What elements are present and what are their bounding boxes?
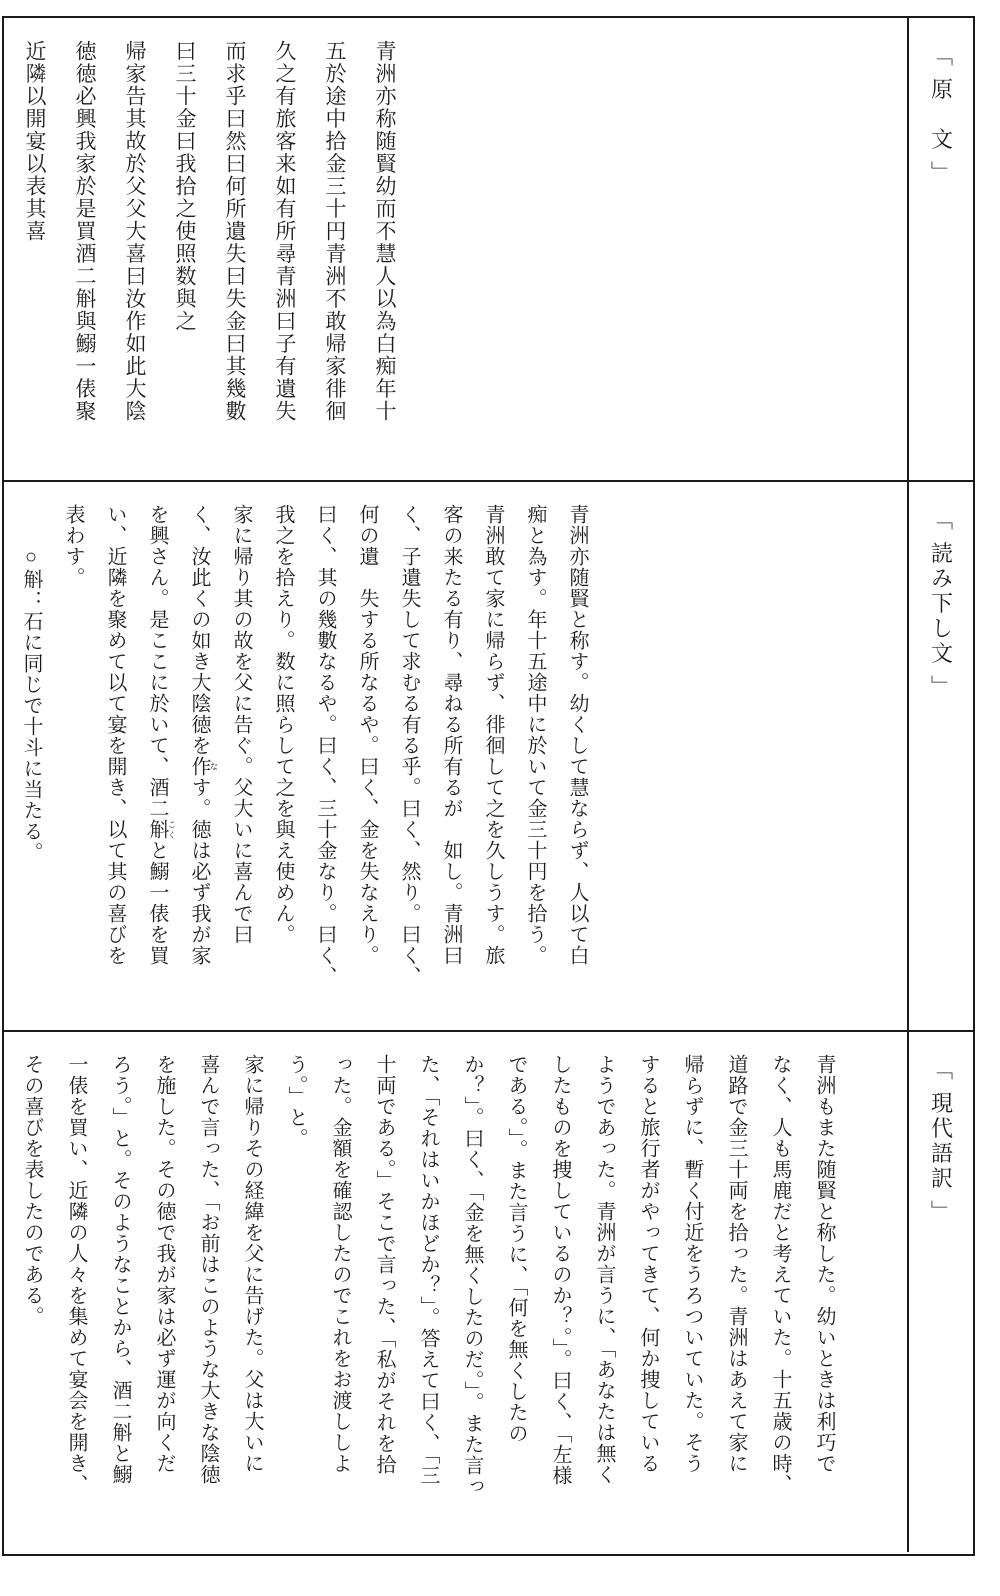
text-column: 帰らずに、暫く付近をうろついていた。そう (670, 1054, 714, 1542)
gendaigoyaku-header: 「 現代語訳 」 (926, 1032, 957, 1225)
text-column: 喜んで言った、「お前はこのような大きな陰徳 (186, 1054, 230, 1542)
gendaigoyaku-header-cell: 「 現代語訳 」 (907, 1032, 973, 1552)
ruby-annotated-kanji: 作な (188, 756, 210, 777)
text-column: 曰三十金曰我拾之使照数與之 (160, 40, 210, 470)
text-column: 青洲もまた随賢と称した。幼いときは利巧で (802, 1054, 846, 1542)
text-column: か？」。曰く、「金を無くしたのだ。」。また言っ (450, 1054, 494, 1542)
section-genbun: 青洲亦称随賢幼而不慧人以為白痴年十五於途中拾金三十円青洲不敢帰家徘徊久之有旅客来… (4, 18, 973, 480)
document-sheet: 青洲亦称随賢幼而不慧人以為白痴年十五於途中拾金三十円青洲不敢帰家徘徊久之有旅客来… (2, 16, 975, 1556)
yomikudashi-header-cell: 「 読み下し文 」 (907, 482, 973, 1030)
text-column: 近隣以開宴以表其喜 (10, 40, 60, 470)
text-column: 青洲敢て家に帰らず、徘徊して之を久しうす。旅 (472, 504, 514, 1020)
text-column: 十両である。」そこで言った、「私がそれを拾 (362, 1054, 406, 1542)
text-column: 青洲亦称随賢幼而不慧人以為白痴年十 (360, 40, 410, 470)
text-column: ろう。」と。そのようなことから、酒二斛と鰯 (98, 1054, 142, 1542)
text-column: 徳徳必興我家於是買酒二斛與鰯一俵聚 (60, 40, 110, 470)
text-column: 痴と為す。年十五途中に於いて金三十円を拾う。 (514, 504, 556, 1020)
text-column: 道路で金三十両を拾った。青洲はあえて家に (714, 1054, 758, 1542)
text-column: 家に帰り其の故を父に告ぐ。父大いに喜んで曰 (220, 504, 262, 1020)
text-column: 帰家告其故於父父大喜曰汝作如此大陰 (110, 40, 160, 470)
text-column: ようであった。青洲が言うに、「あなたは無く (582, 1054, 626, 1542)
text-column: 家に帰りその経緯を父に告げた。父は大いに (230, 1054, 274, 1542)
text-column: 五於途中拾金三十円青洲不敢帰家徘徊 (310, 40, 360, 470)
text-column: 一俵を買い、近隣の人々を集めて宴会を開き、 (54, 1054, 98, 1542)
section-gendaigoyaku: 青洲もまた随賢と称した。幼いときは利巧でなく、人も馬鹿だと考えていた。十五歳の時… (4, 1030, 973, 1552)
text-column: 久之有旅客来如有所尋青洲曰子有遺失 (260, 40, 310, 470)
text-column: う。」と。 (274, 1054, 318, 1542)
text-column: く、汝此くの如き大陰徳を作なす。徳は必ず我が家 (178, 504, 220, 1020)
yomikudashi-header: 「 読み下し文 」 (926, 482, 957, 700)
ruby-annotated-kanji: 斛こく (146, 819, 168, 840)
text-column: った。金額を確認したのでこれをお渡ししよ (318, 1054, 362, 1542)
gendaigoyaku-text-area: 青洲もまた随賢と称した。幼いときは利巧でなく、人も馬鹿だと考えていた。十五歳の時… (4, 1032, 907, 1552)
text-column: を施した。その徳で我が家は必ず運が向くだ (142, 1054, 186, 1542)
text-column: く、子遺失して求むる有る乎。曰く、然り。曰く、 (388, 504, 430, 1020)
text-column: すると旅行者がやってきて、何か捜している (626, 1054, 670, 1542)
genbun-header: 「 原 文 」 (926, 18, 957, 186)
text-column: 曰く、其の幾數なるや。曰く、三十金なり。曰く、 (304, 504, 346, 1020)
text-column: 青洲亦随賢と称す。幼くして慧ならず、人以て白 (556, 504, 598, 1020)
text-column: したものを捜しているのか？。」。曰く、「左様 (538, 1054, 582, 1542)
text-column: ○斛：石に同じで十斗に当たる。 (10, 504, 52, 1020)
genbun-text-area: 青洲亦称随賢幼而不慧人以為白痴年十五於途中拾金三十円青洲不敢帰家徘徊久之有旅客来… (4, 18, 907, 480)
yomikudashi-text-area: 青洲亦随賢と称す。幼くして慧ならず、人以て白痴と為す。年十五途中に於いて金三十円… (4, 482, 907, 1030)
text-column: その喜びを表したのである。 (10, 1054, 54, 1542)
text-column: である。」。また言うに、「何を無くしたの (494, 1054, 538, 1542)
text-column: 而求乎曰然曰何所遺失曰失金曰其幾數 (210, 40, 260, 470)
yomikudashi-text: 青洲亦随賢と称す。幼くして慧ならず、人以て白痴と為す。年十五途中に於いて金三十円… (4, 482, 622, 1030)
text-column: 何の遺 失する所なるや。曰く、金を失なえり。 (346, 504, 388, 1020)
section-yomikudashi: 青洲亦随賢と称す。幼くして慧ならず、人以て白痴と為す。年十五途中に於いて金三十円… (4, 480, 973, 1030)
text-column: 客の来たる有り、尋ねる所有るが 如し。青洲曰 (430, 504, 472, 1020)
genbun-text: 青洲亦称随賢幼而不慧人以為白痴年十五於途中拾金三十円青洲不敢帰家徘徊久之有旅客来… (4, 18, 434, 480)
text-column: 我之を拾えり。数に照らして之を與え使めん。 (262, 504, 304, 1020)
genbun-header-cell: 「 原 文 」 (907, 18, 973, 480)
text-column: なく、人も馬鹿だと考えていた。十五歳の時、 (758, 1054, 802, 1542)
text-column: い、近隣を聚めて以て宴を開き、以て其の喜びを (94, 504, 136, 1020)
text-column: 表わす。 (52, 504, 94, 1020)
text-column: た、「それはいかほどか？」。答えて曰く、「三 (406, 1054, 450, 1542)
text-column: を興さん。是ここに於いて、酒二斛こくと鰯一俵を買 (136, 504, 178, 1020)
gendaigoyaku-text: 青洲もまた随賢と称した。幼いときは利巧でなく、人も馬鹿だと考えていた。十五歳の時… (4, 1032, 870, 1552)
